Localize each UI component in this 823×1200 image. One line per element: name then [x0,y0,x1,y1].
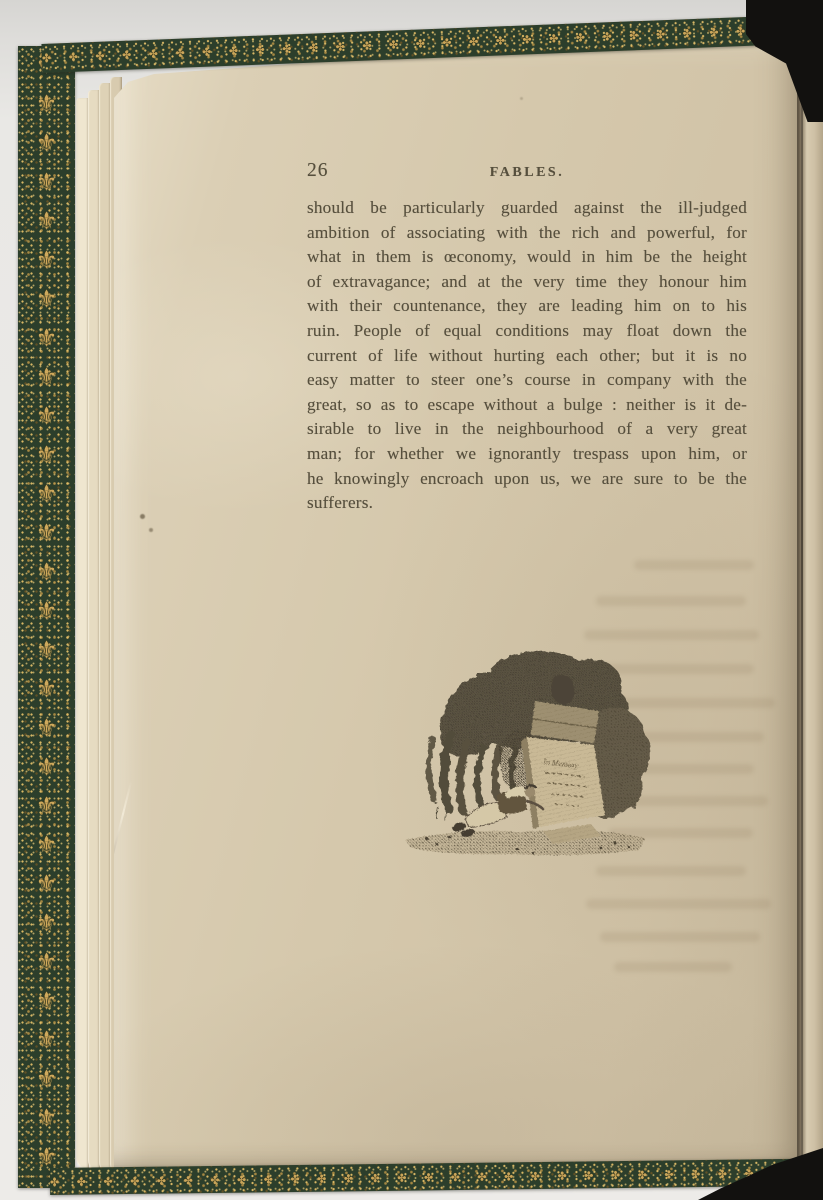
text-block: 26 FABLES. should be particularly guarde… [307,158,747,516]
text-line: of extravagance; and at the very time th… [307,270,747,295]
tailpiece-illustration: In Memory [393,643,660,861]
text-line: he knowingly encroach upon us, we are su… [307,467,747,492]
text-line: easy matter to steer one’s course in com… [307,368,747,393]
text-line: ruin. People of equal conditions may flo… [307,319,747,344]
foxing-spot [149,528,153,532]
text-line: should be particularly guarded against t… [307,196,747,221]
page-gutter-shadow [793,0,823,1200]
book-scan: 26 FABLES. should be particularly guarde… [0,0,823,1200]
text-line: great, so as to escape without a bulge :… [307,393,747,418]
body-text: should be particularly guarded against t… [307,196,747,516]
vignette-ground [405,830,645,855]
running-header-row: 26 FABLES. [307,158,747,188]
foxing-spot [140,514,145,519]
text-line: current of life without hurting each oth… [307,344,747,369]
binding-spine-edge: ⚜ ⚜ ⚜ ⚜ ⚜ ⚜ ⚜ ⚜ ⚜ ⚜ ⚜ ⚜ ⚜ ⚜ ⚜ ⚜ ⚜ ⚜ ⚜ ⚜ … [18,46,75,1188]
text-line: what in them is œconomy, would in him be… [307,245,747,270]
foxing-spot [520,97,523,100]
fleur-de-lis-ornament-column: ⚜ ⚜ ⚜ ⚜ ⚜ ⚜ ⚜ ⚜ ⚜ ⚜ ⚜ ⚜ ⚜ ⚜ ⚜ ⚜ ⚜ ⚜ ⚜ ⚜ … [18,46,75,1177]
text-line: with their countenance, they are leading… [307,294,747,319]
text-line: ambition of associating with the rich an… [307,221,747,246]
running-header: FABLES. [307,165,747,181]
text-line: sirable to live in the neighbourhood of … [307,417,747,442]
text-line: sufferers. [307,491,747,516]
book-page: 26 FABLES. should be particularly guarde… [114,36,797,1168]
text-line: man; for whether we ignorantly trespass … [307,442,747,467]
